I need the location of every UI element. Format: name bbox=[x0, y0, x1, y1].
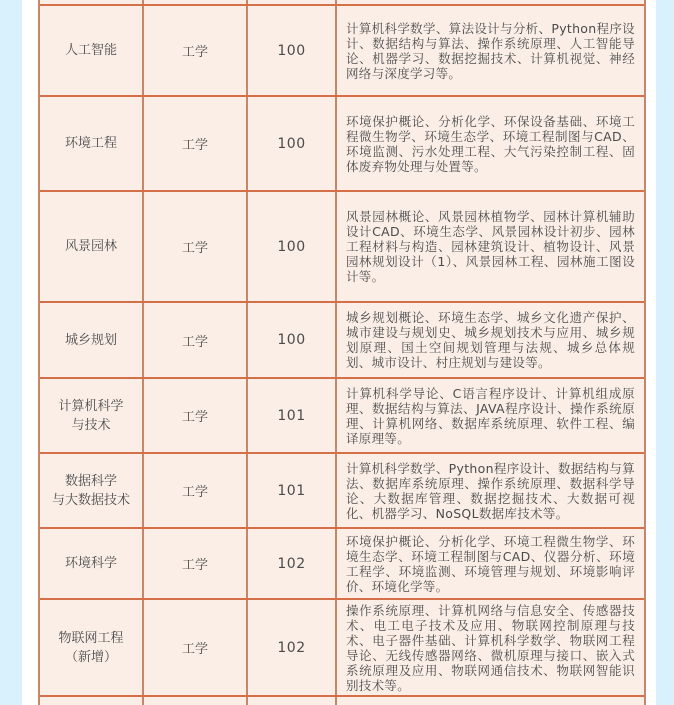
courses-cell: 操作系统原理、计算机网络与信息安全、传感器技术、电工电子技术及应用、物联网控制原… bbox=[337, 600, 644, 695]
code-cell: 102 bbox=[248, 529, 337, 598]
courses-cell: 计算机科学数学、Python程序设计、数据结构与算法、数据库系统原理、操作系统原… bbox=[337, 454, 644, 527]
table-row: 人工智能 工学 100 计算机科学数学、算法设计与分析、Python程序设计、数… bbox=[40, 4, 644, 95]
courses-cell bbox=[337, 697, 644, 705]
degree-cell: 工学 bbox=[144, 97, 248, 190]
major-cell: 人工智能 bbox=[40, 6, 144, 95]
table-row: 数据科学 与大数据技术 工学 101 计算机科学数学、Python程序设计、数据… bbox=[40, 452, 644, 527]
courses-cell: 环境保护概论、分析化学、环境工程微生物学、环境生态学、环境工程制图与CAD、仪器… bbox=[337, 529, 644, 598]
degree-cell: 工学 bbox=[144, 379, 248, 452]
major-cell bbox=[40, 697, 144, 705]
table-row: 城乡规划 工学 100 城乡规划概论、环境生态学、城乡文化遗产保护、城市建设与规… bbox=[40, 301, 644, 377]
code-cell bbox=[248, 697, 337, 705]
table-row: 风景园林 工学 100 风景园林概论、风景园林植物学、园林计算机辅助设计CAD、… bbox=[40, 190, 644, 301]
major-cell: 环境科学 bbox=[40, 529, 144, 598]
table-row: 环境工程 工学 100 环境保护概论、分析化学、环保设备基础、环境工程微生物学、… bbox=[40, 95, 644, 190]
degree-cell: 工学 bbox=[144, 454, 248, 527]
majors-table: 人工智能 工学 100 计算机科学数学、算法设计与分析、Python程序设计、数… bbox=[38, 0, 646, 705]
code-cell bbox=[248, 0, 337, 4]
code-cell: 102 bbox=[248, 600, 337, 695]
courses-cell: 城乡规划概论、环境生态学、城乡文化遗产保护、城市建设与规划史、城乡规划技术与应用… bbox=[337, 303, 644, 377]
degree-cell: 工学 bbox=[144, 529, 248, 598]
code-cell: 100 bbox=[248, 97, 337, 190]
major-cell: 环境工程 bbox=[40, 97, 144, 190]
table-row-cropped-bottom bbox=[40, 695, 644, 705]
major-cell: 物联网工程 （新增） bbox=[40, 600, 144, 695]
degree-cell bbox=[144, 0, 248, 4]
table-row-cropped-top bbox=[40, 0, 644, 4]
courses-cell: 环境保护概论、分析化学、环保设备基础、环境工程微生物学、环境生态学、环境工程制图… bbox=[337, 97, 644, 190]
code-cell: 100 bbox=[248, 6, 337, 95]
courses-cell bbox=[337, 0, 644, 4]
degree-cell: 工学 bbox=[144, 192, 248, 301]
page-margin-left bbox=[0, 0, 22, 705]
degree-cell bbox=[144, 697, 248, 705]
major-cell bbox=[40, 0, 144, 4]
major-cell: 计算机科学 与技术 bbox=[40, 379, 144, 452]
table-row: 计算机科学 与技术 工学 101 计算机科学导论、C语言程序设计、计算机组成原理… bbox=[40, 377, 644, 452]
degree-cell: 工学 bbox=[144, 600, 248, 695]
major-cell: 风景园林 bbox=[40, 192, 144, 301]
major-cell: 数据科学 与大数据技术 bbox=[40, 454, 144, 527]
code-cell: 100 bbox=[248, 303, 337, 377]
courses-cell: 计算机科学导论、C语言程序设计、计算机组成原理、数据结构与算法、JAVA程序设计… bbox=[337, 379, 644, 452]
major-cell: 城乡规划 bbox=[40, 303, 144, 377]
table-row: 环境科学 工学 102 环境保护概论、分析化学、环境工程微生物学、环境生态学、环… bbox=[40, 527, 644, 598]
table-row: 物联网工程 （新增） 工学 102 操作系统原理、计算机网络与信息安全、传感器技… bbox=[40, 598, 644, 695]
page-margin-right bbox=[656, 0, 674, 705]
courses-cell: 计算机科学数学、算法设计与分析、Python程序设计、数据结构与算法、操作系统原… bbox=[337, 6, 644, 95]
code-cell: 101 bbox=[248, 379, 337, 452]
degree-cell: 工学 bbox=[144, 6, 248, 95]
code-cell: 100 bbox=[248, 192, 337, 301]
page: 人工智能 工学 100 计算机科学数学、算法设计与分析、Python程序设计、数… bbox=[0, 0, 674, 705]
code-cell: 101 bbox=[248, 454, 337, 527]
degree-cell: 工学 bbox=[144, 303, 248, 377]
courses-cell: 风景园林概论、风景园林植物学、园林计算机辅助设计CAD、环境生态学、风景园林设计… bbox=[337, 192, 644, 301]
